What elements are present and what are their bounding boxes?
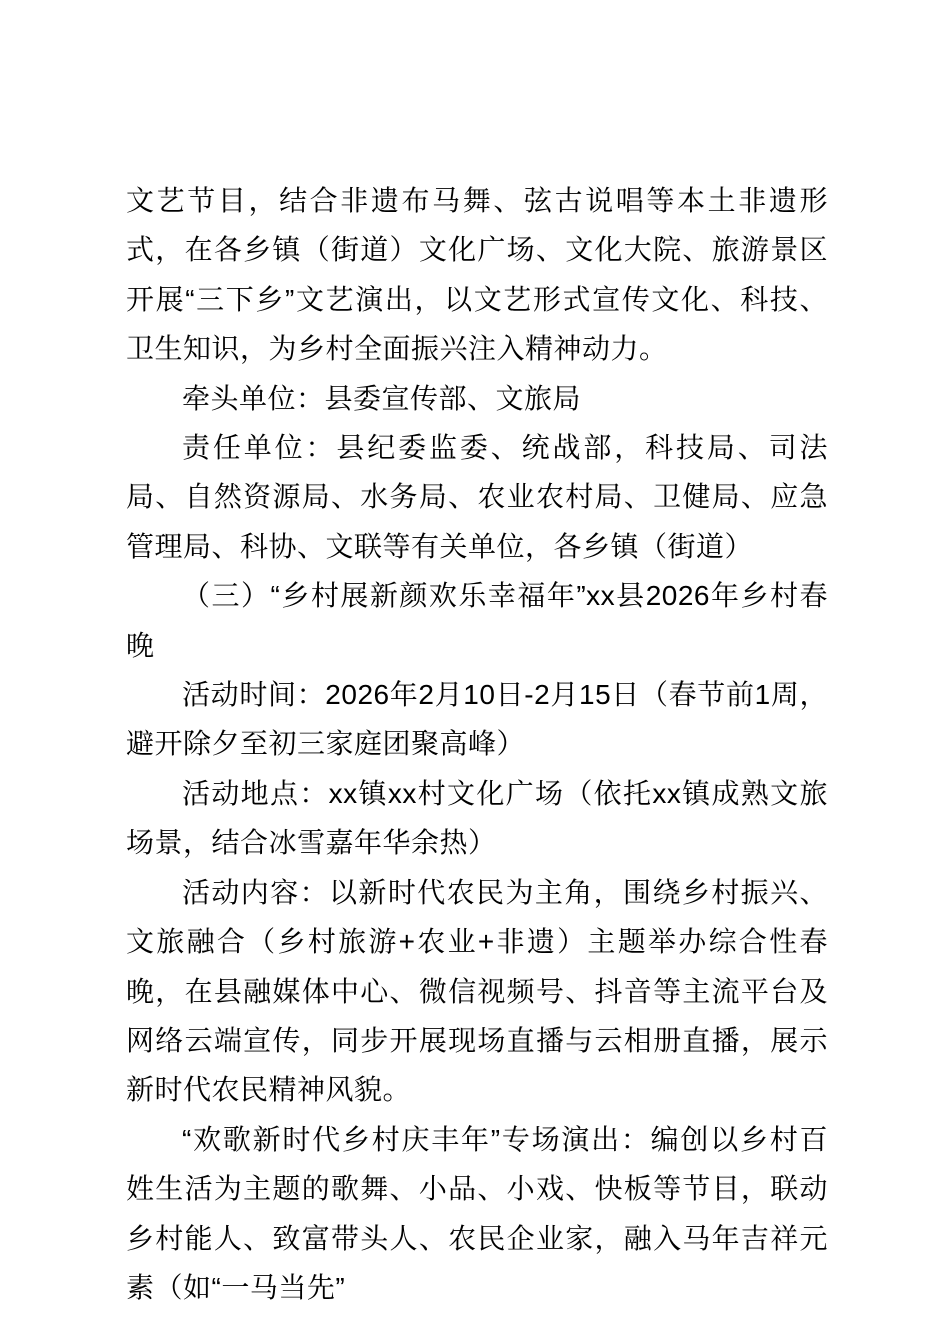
paragraph: （三）“乡村展新颜欢乐幸福年”xx县2026年乡村春晚 (126, 571, 828, 670)
paragraph: 活动地点：xx镇xx村文化广场（依托xx镇成熟文旅场景，结合冰雪嘉年华余热） (126, 769, 828, 868)
paragraph: 责任单位：县纪委监委、统战部，科技局、司法局、自然资源局、水务局、农业农村局、卫… (126, 423, 828, 571)
paragraph: “欢歌新时代乡村庆丰年”专场演出：编创以乡村百姓生活为主题的歌舞、小品、小戏、快… (126, 1115, 828, 1313)
paragraph: 牵头单位：县委宣传部、文旅局 (126, 374, 828, 423)
document-body: 文艺节目，结合非遗布马舞、弦古说唱等本土非遗形式，在各乡镇（街道）文化广场、文化… (126, 176, 828, 1312)
paragraph: 活动时间：2026年2月10日-2月15日（春节前1周，避开除夕至初三家庭团聚高… (126, 670, 828, 769)
paragraph: 文艺节目，结合非遗布马舞、弦古说唱等本土非遗形式，在各乡镇（街道）文化广场、文化… (126, 176, 828, 374)
paragraph: 活动内容：以新时代农民为主角，围绕乡村振兴、文旅融合（乡村旅游+农业+非遗）主题… (126, 868, 828, 1115)
document-page: 文艺节目，结合非遗布马舞、弦古说唱等本土非遗形式，在各乡镇（街道）文化广场、文化… (0, 0, 950, 1344)
